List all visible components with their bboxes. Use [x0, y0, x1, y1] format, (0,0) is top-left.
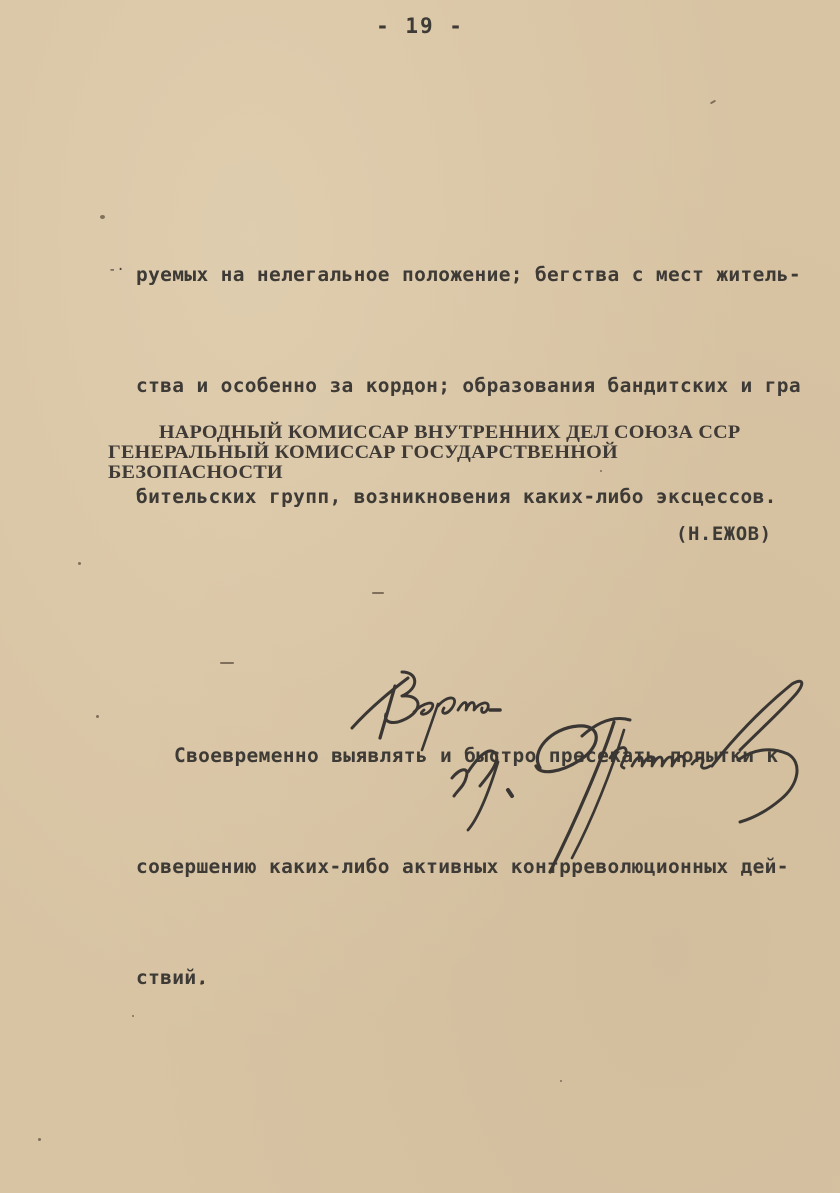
- text-line: ствий.: [136, 959, 826, 996]
- page-number: - 19 -: [0, 14, 840, 38]
- signature-icon: [340, 650, 830, 890]
- paper-speck: [78, 562, 81, 565]
- text-line: ства и особенно за кордон; образования б…: [136, 367, 826, 404]
- margin-dash-mark: -·: [108, 262, 125, 278]
- paper-speck: [38, 1138, 41, 1141]
- signer-title-line-1: НАРОДНЫЙ КОМИССАР ВНУТРЕННИХ ДЕЛ СОЮЗА С…: [108, 423, 797, 443]
- signer-title-line-2: ГЕНЕРАЛЬНЫЙ КОМИССАР ГОСУДАРСТВЕННОЙ БЕЗ…: [108, 443, 797, 483]
- text-line: бительских групп, возникновения каких-ли…: [136, 478, 826, 515]
- paper-speck: [132, 1015, 134, 1017]
- handwritten-certification: Верно: [340, 650, 830, 890]
- document-body: руемых на нелегальное положение; бегства…: [136, 108, 826, 1107]
- signer-name: (Н.ЕЖОВ): [676, 523, 772, 545]
- text-line: руемых на нелегальное положение; бегства…: [136, 256, 826, 293]
- paper-speck: [100, 215, 105, 219]
- signature-block-title: НАРОДНЫЙ КОМИССАР ВНУТРЕННИХ ДЕЛ СОЮЗА С…: [108, 423, 797, 483]
- paper-speck: [96, 715, 99, 718]
